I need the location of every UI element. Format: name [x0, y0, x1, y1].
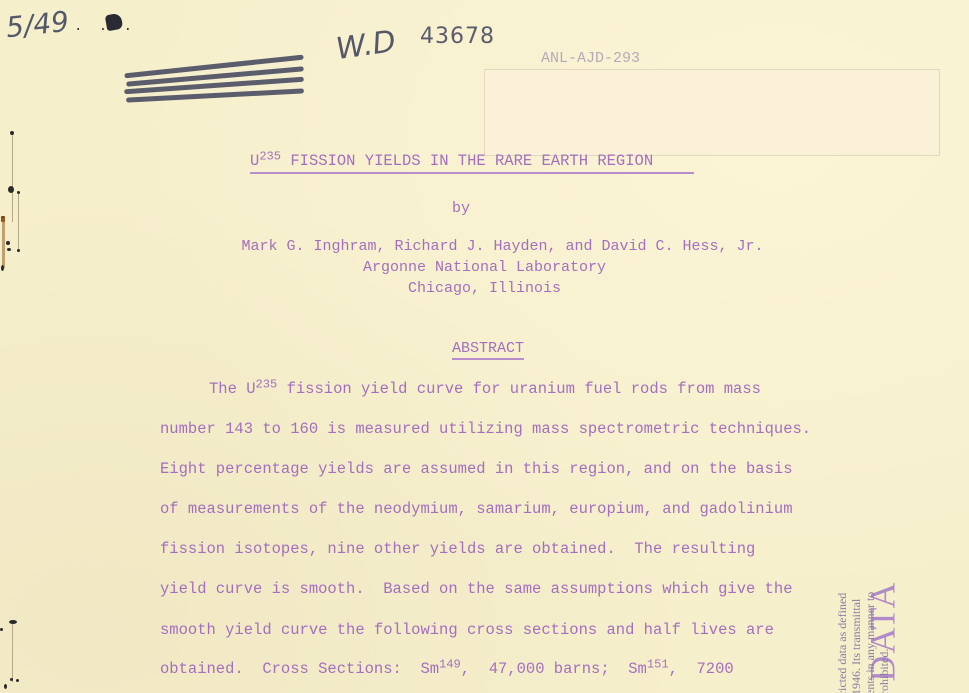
- text-span: obtained. Cross Sections: Sm: [160, 660, 439, 678]
- abstract-line: obtained. Cross Sections: Sm149, 47,000 …: [160, 660, 734, 678]
- abstract-heading: ABSTRACT: [452, 341, 524, 360]
- stamp-line: rohibited.: [877, 525, 891, 693]
- abstract-line: number 143 to 160 is measured utilizing …: [160, 420, 811, 438]
- abstract-line: smooth yield curve the following cross s…: [160, 621, 774, 639]
- stamp-line: 1946. Its transmittal: [849, 525, 863, 693]
- abstract-line: fission isotopes, nine other yields are …: [160, 540, 755, 558]
- stamp-line: ents in any manner to: [863, 525, 877, 693]
- institution: Argonne National Laboratory: [0, 259, 969, 276]
- text-span: The U: [209, 380, 256, 398]
- blank-label-box: [484, 69, 940, 156]
- superscript: 151: [647, 658, 669, 672]
- restricted-data-stamp: ricted data as defined 1946. Its transmi…: [835, 525, 969, 693]
- handwritten-note: 5/49: [4, 5, 70, 44]
- superscript: 149: [439, 658, 461, 672]
- redaction-scribble: [124, 52, 306, 104]
- text-span: , 47,000 barns; Sm: [461, 660, 647, 678]
- report-number: ANL-AJD-293: [541, 50, 640, 67]
- abstract-line: Eight percentage yields are assumed in t…: [160, 460, 793, 478]
- by-label: by: [452, 200, 470, 217]
- title-element: U: [250, 152, 259, 170]
- location: Chicago, Illinois: [0, 280, 969, 297]
- document-number: 43678: [420, 24, 495, 49]
- text-span: , 7200: [669, 660, 734, 678]
- title-text: FISSION YIELDS IN THE RARE EARTH REGION: [281, 152, 653, 170]
- text-span: fission yield curve for uranium fuel rod…: [277, 380, 761, 398]
- abstract-line: The U235 fission yield curve for uranium…: [209, 380, 761, 398]
- punch-dots: · · ·: [74, 22, 136, 38]
- abstract-line: of measurements of the neodymium, samari…: [160, 500, 793, 518]
- document-title: U235 FISSION YIELDS IN THE RARE EARTH RE…: [250, 152, 694, 174]
- authors: Mark G. Inghram, Richard J. Hayden, and …: [18, 238, 969, 255]
- title-superscript: 235: [259, 150, 281, 164]
- abstract-line: yield curve is smooth. Based on the same…: [160, 580, 793, 598]
- superscript: 235: [256, 378, 278, 392]
- handwritten-code: W.D: [334, 24, 398, 67]
- stamp-line: ricted data as defined: [835, 525, 849, 693]
